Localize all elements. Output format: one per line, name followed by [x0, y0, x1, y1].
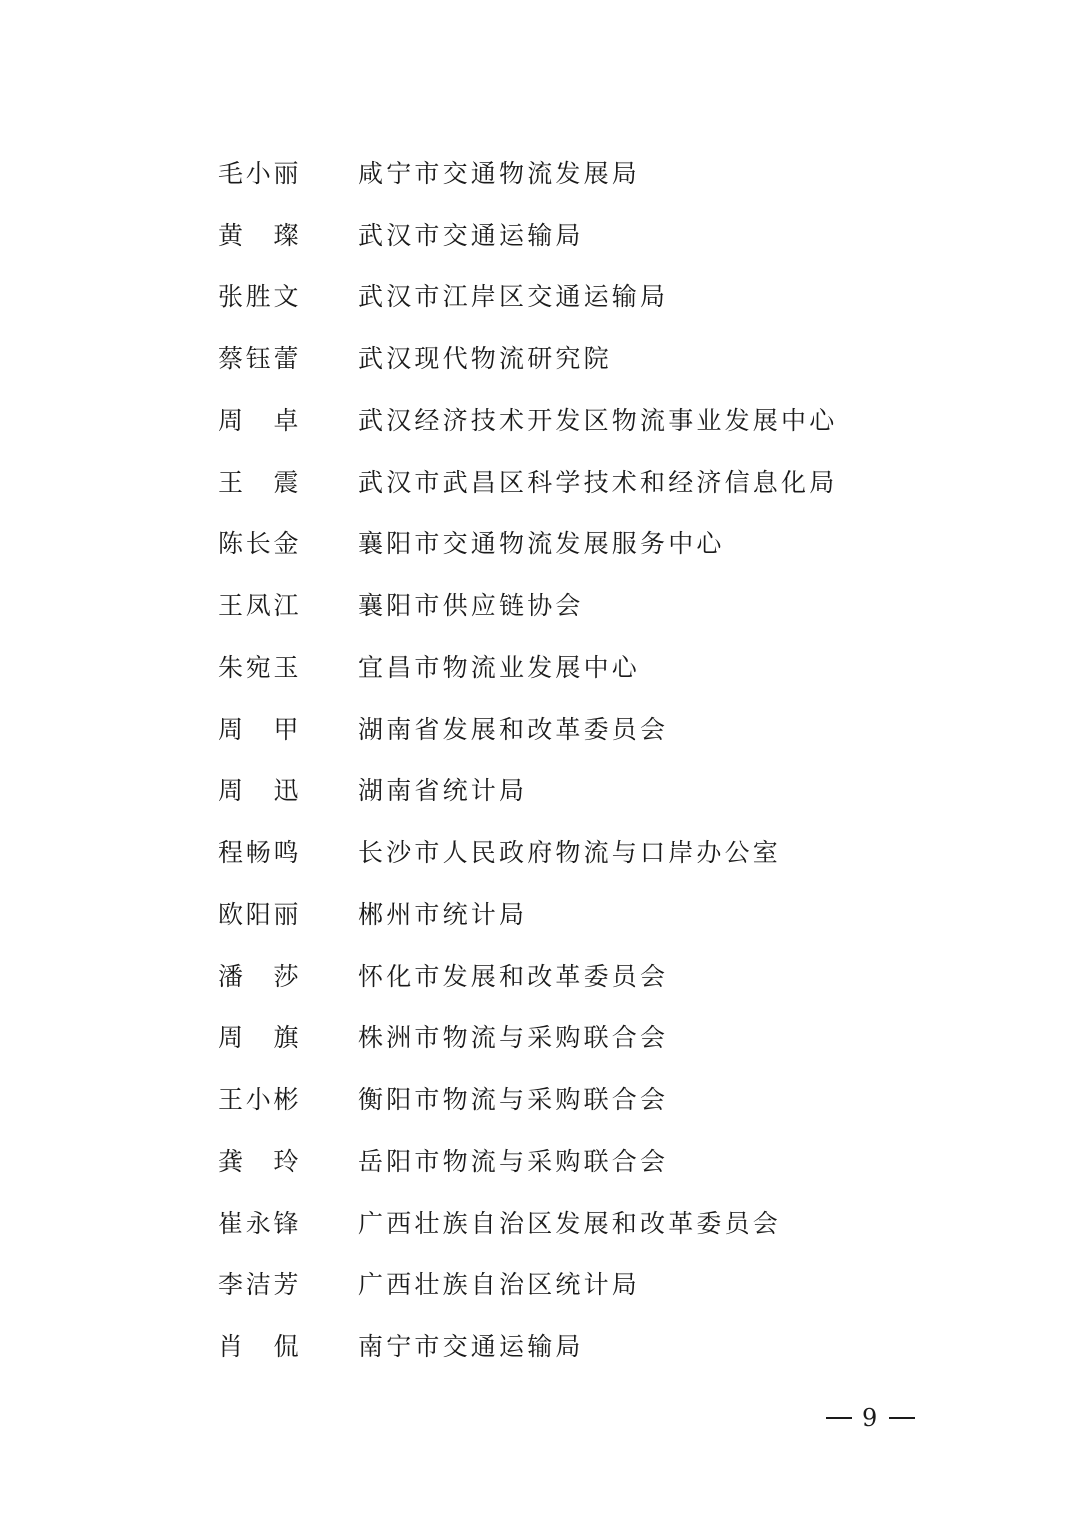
list-item: 龚玲 岳阳市物流与采购联合会: [218, 1129, 837, 1191]
person-name: 王凤江: [218, 586, 358, 622]
person-name: 朱宛玉: [218, 648, 358, 684]
member-list: 毛小丽 咸宁市交通物流发展局 黄璨 武汉市交通运输局 张胜文 武汉市江岸区交通运…: [218, 141, 837, 1376]
list-item: 张胜文 武汉市江岸区交通运输局: [218, 265, 837, 327]
organization: 武汉市江岸区交通运输局: [358, 277, 668, 313]
organization: 武汉经济技术开发区物流事业发展中心: [358, 401, 837, 437]
list-item: 欧阳丽 郴州市统计局: [218, 882, 837, 944]
list-item: 崔永锋 广西壮族自治区发展和改革委员会: [218, 1191, 837, 1253]
list-item: 周甲 湖南省发展和改革委员会: [218, 697, 837, 759]
list-item: 李洁芳 广西壮族自治区统计局: [218, 1253, 837, 1315]
organization: 湖南省统计局: [358, 771, 527, 807]
organization: 长沙市人民政府物流与口岸办公室: [358, 833, 781, 869]
person-name: 陈长金: [218, 524, 358, 560]
organization: 襄阳市供应链协会: [358, 586, 584, 622]
organization: 武汉市武昌区科学技术和经济信息化局: [358, 463, 837, 499]
person-name: 蔡钰蕾: [218, 339, 358, 375]
person-name: 黄璨: [218, 216, 358, 252]
organization: 湖南省发展和改革委员会: [358, 710, 668, 746]
list-item: 毛小丽 咸宁市交通物流发展局: [218, 141, 837, 203]
dash-right: [889, 1417, 915, 1419]
organization: 武汉市交通运输局: [358, 216, 584, 252]
organization: 广西壮族自治区发展和改革委员会: [358, 1204, 781, 1240]
person-name: 周卓: [218, 401, 358, 437]
page-number-value: 9: [862, 1404, 879, 1432]
person-name: 毛小丽: [218, 154, 358, 190]
person-name: 潘莎: [218, 957, 358, 993]
list-item: 周卓 武汉经济技术开发区物流事业发展中心: [218, 388, 837, 450]
list-item: 程畅鸣 长沙市人民政府物流与口岸办公室: [218, 820, 837, 882]
list-item: 潘莎 怀化市发展和改革委员会: [218, 944, 837, 1006]
person-name: 龚玲: [218, 1142, 358, 1178]
dash-left: [826, 1417, 852, 1419]
list-item: 王凤江 襄阳市供应链协会: [218, 573, 837, 635]
person-name: 王震: [218, 463, 358, 499]
organization: 郴州市统计局: [358, 895, 527, 931]
person-name: 李洁芳: [218, 1265, 358, 1301]
organization: 宜昌市物流业发展中心: [358, 648, 640, 684]
organization: 衡阳市物流与采购联合会: [358, 1080, 668, 1116]
organization: 南宁市交通运输局: [358, 1327, 584, 1363]
person-name: 欧阳丽: [218, 895, 358, 931]
list-item: 周迅 湖南省统计局: [218, 759, 837, 821]
person-name: 程畅鸣: [218, 833, 358, 869]
organization: 武汉现代物流研究院: [358, 339, 612, 375]
organization: 咸宁市交通物流发展局: [358, 154, 640, 190]
organization: 襄阳市交通物流发展服务中心: [358, 524, 725, 560]
person-name: 肖侃: [218, 1327, 358, 1363]
document-page: 毛小丽 咸宁市交通物流发展局 黄璨 武汉市交通运输局 张胜文 武汉市江岸区交通运…: [0, 0, 1080, 1528]
list-item: 黄璨 武汉市交通运输局: [218, 203, 837, 265]
person-name: 周旗: [218, 1018, 358, 1054]
list-item: 王小彬 衡阳市物流与采购联合会: [218, 1067, 837, 1129]
organization: 岳阳市物流与采购联合会: [358, 1142, 668, 1178]
list-item: 王震 武汉市武昌区科学技术和经济信息化局: [218, 450, 837, 512]
list-item: 肖侃 南宁市交通运输局: [218, 1314, 837, 1376]
person-name: 周甲: [218, 710, 358, 746]
organization: 怀化市发展和改革委员会: [358, 957, 668, 993]
page-number: 9: [826, 1404, 915, 1432]
person-name: 崔永锋: [218, 1204, 358, 1240]
list-item: 蔡钰蕾 武汉现代物流研究院: [218, 326, 837, 388]
organization: 株洲市物流与采购联合会: [358, 1018, 668, 1054]
organization: 广西壮族自治区统计局: [358, 1265, 640, 1301]
person-name: 周迅: [218, 771, 358, 807]
person-name: 张胜文: [218, 277, 358, 313]
list-item: 陈长金 襄阳市交通物流发展服务中心: [218, 512, 837, 574]
person-name: 王小彬: [218, 1080, 358, 1116]
list-item: 周旗 株洲市物流与采购联合会: [218, 1006, 837, 1068]
list-item: 朱宛玉 宜昌市物流业发展中心: [218, 635, 837, 697]
